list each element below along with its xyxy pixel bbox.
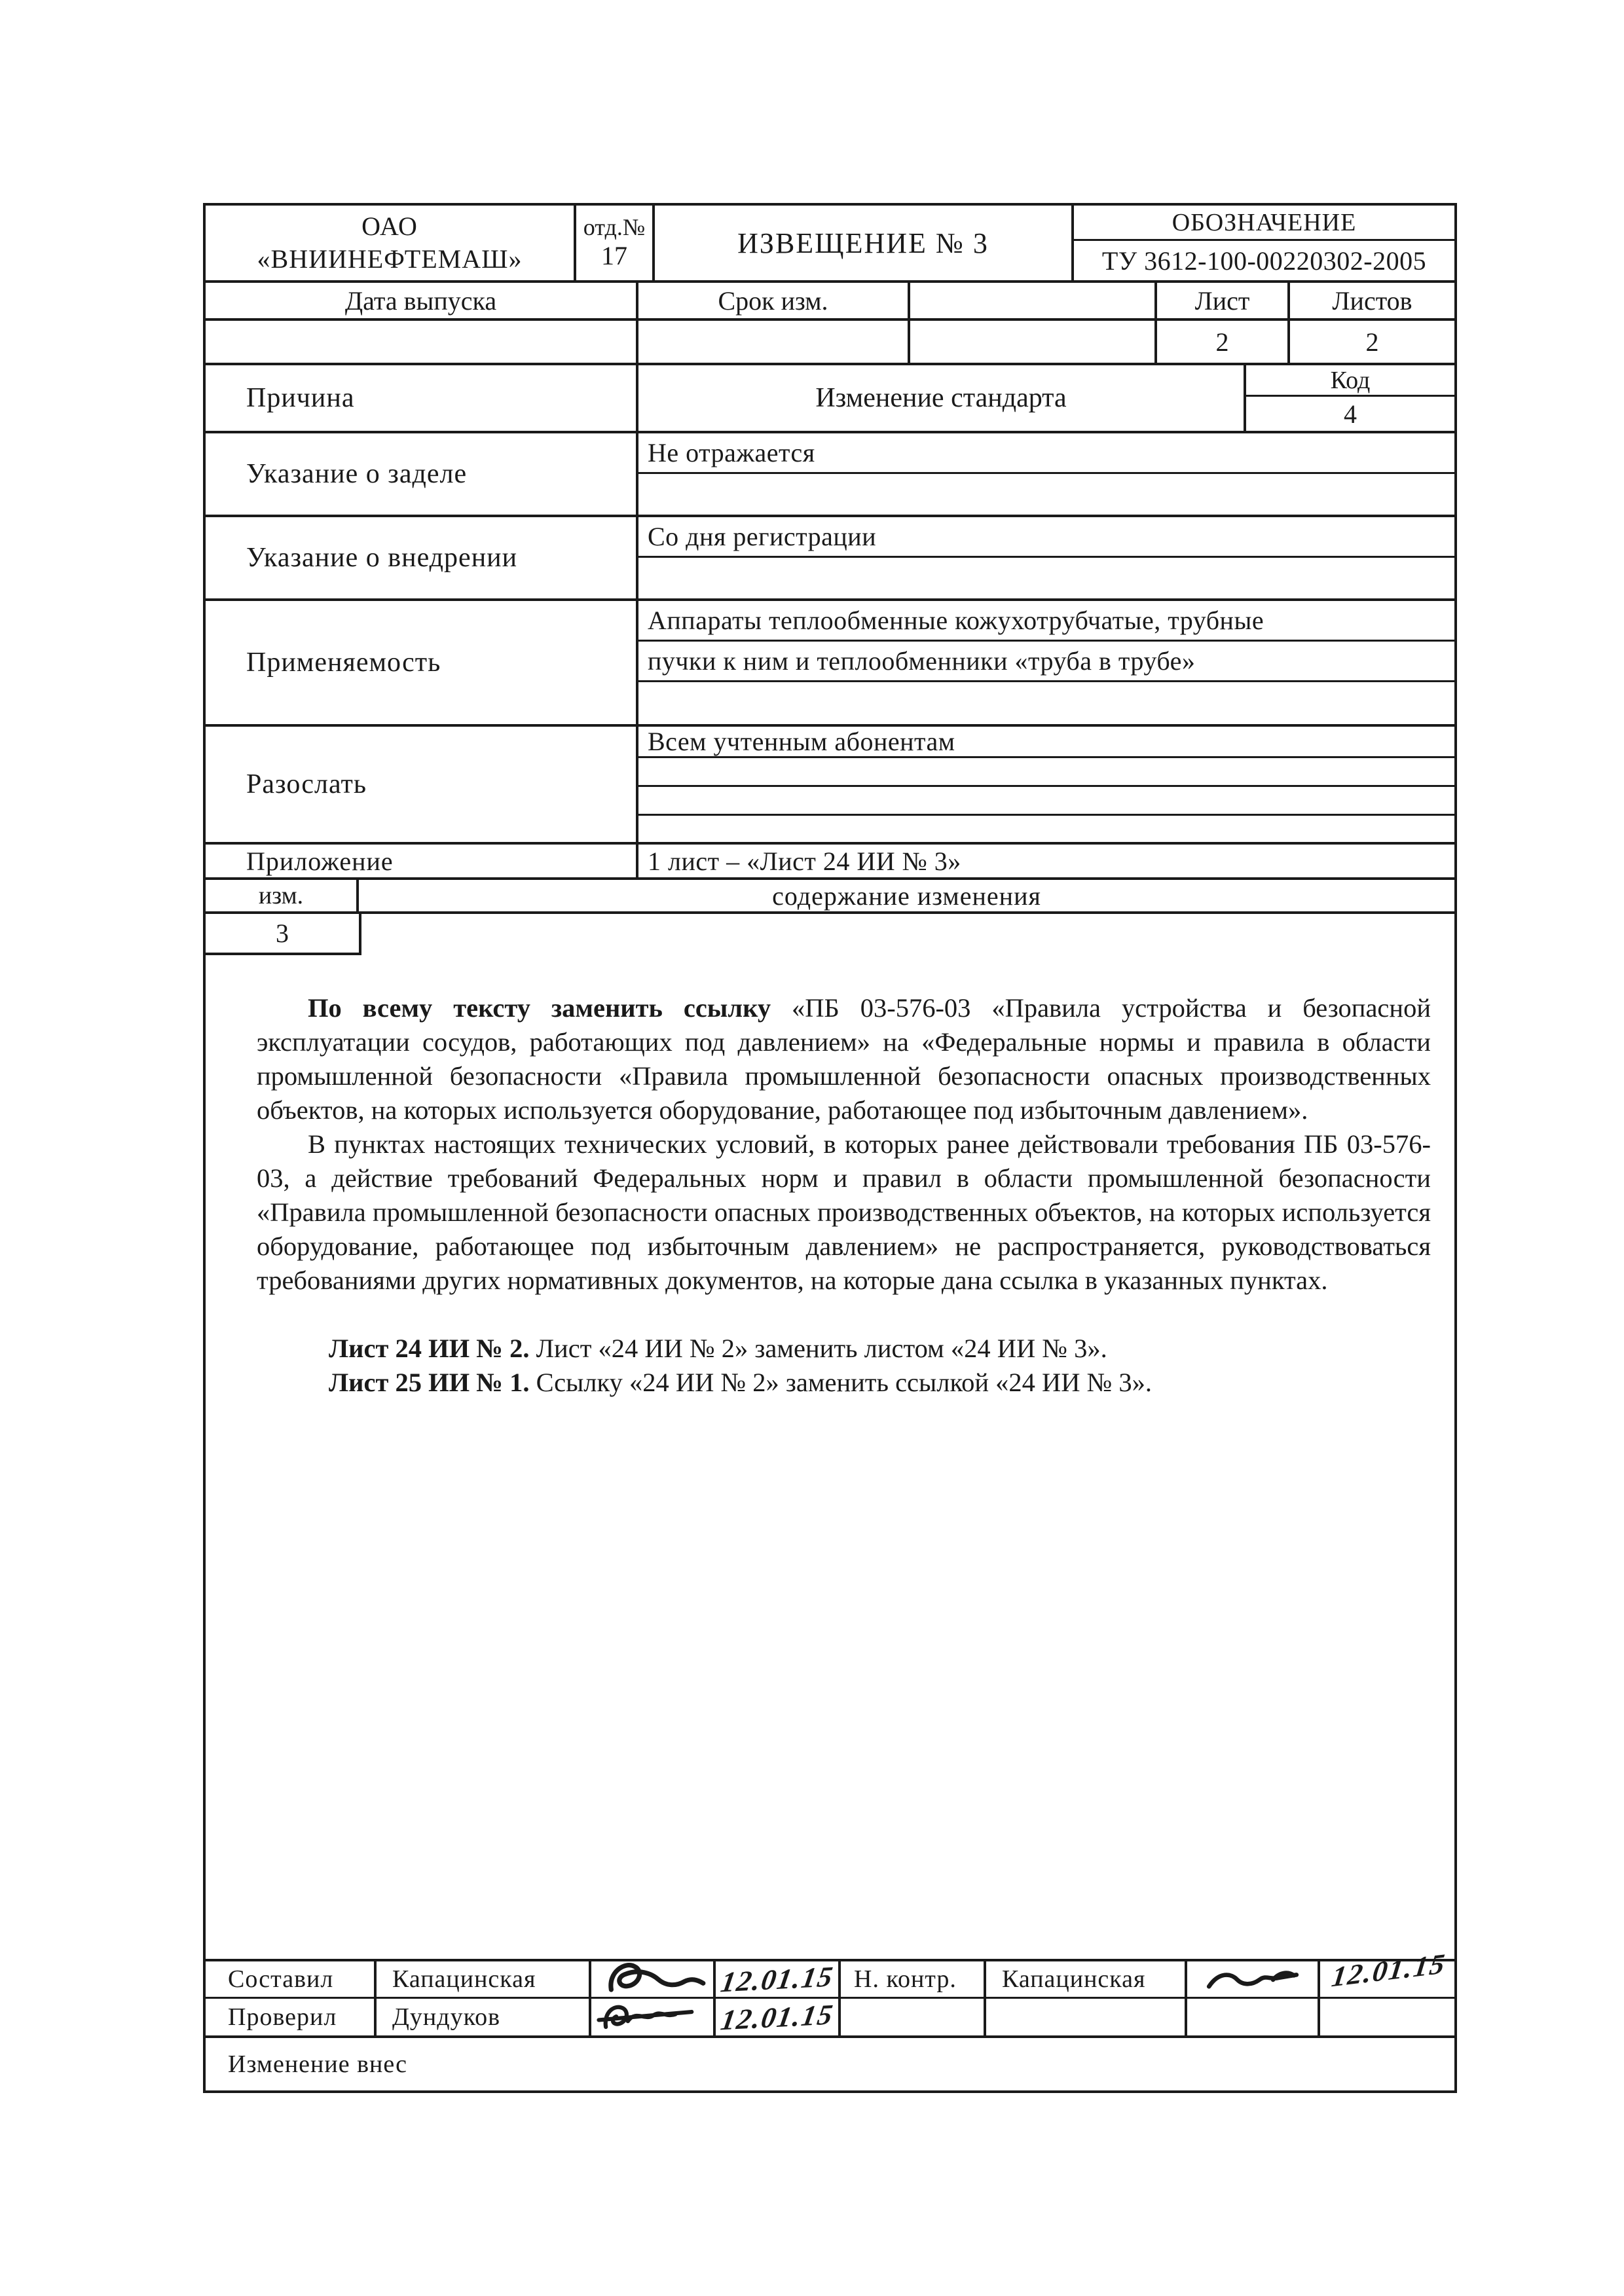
backlog-label: Указание о заделе xyxy=(206,433,638,515)
backlog-row: Указание о заделе Не отражается xyxy=(206,433,1454,517)
distribute-label: Разослать xyxy=(206,727,638,842)
organization-cell: ОАО «ВНИИНЕФТЕМАШ» xyxy=(206,206,576,280)
document-frame: ОАО «ВНИИНЕФТЕМАШ» отд.№ 17 ИЗВЕЩЕНИЕ № … xyxy=(203,203,1457,2093)
ncontrol-date: 12.01.15 xyxy=(1329,1946,1447,1993)
sheet-item-2-lead: Лист 25 ИИ № 1. xyxy=(329,1368,529,1397)
signoff-row-composed: Составил Капацинская 12.01.15 Н. контр. … xyxy=(206,1961,1454,1999)
change-description: По всему тексту заменить ссылку «ПБ 03-5… xyxy=(206,955,1454,1400)
issue-date-value xyxy=(206,321,638,363)
implementation-row: Указание о внедрении Со дня регистрации xyxy=(206,517,1454,601)
distribute-value-cell: Всем учтенным абонентам xyxy=(638,727,1454,842)
sheet-item-1-rest: Лист «24 ИИ № 2» заменить листом «24 ИИ … xyxy=(529,1334,1107,1363)
blank-line xyxy=(638,787,1454,816)
applicability-label: Применяемость xyxy=(206,601,638,724)
department-label: отд.№ xyxy=(583,215,645,241)
sheets-label: Листов xyxy=(1290,283,1454,318)
izm-number: 3 xyxy=(276,918,289,949)
checked-signature xyxy=(591,1999,716,2035)
empty-cell xyxy=(910,321,1157,363)
notice-title: ИЗВЕЩЕНИЕ № 3 xyxy=(655,206,1074,280)
term-label: Срок изм. xyxy=(638,283,910,318)
ncontrol-label: Н. контр. xyxy=(841,1961,986,1997)
implementation-value: Со дня регистрации xyxy=(638,517,1454,558)
signoff-row-change-made: Изменение внес xyxy=(206,2038,1454,2090)
blank-line xyxy=(638,682,1454,724)
header-row: ОАО «ВНИИНЕФТЕМАШ» отд.№ 17 ИЗВЕЩЕНИЕ № … xyxy=(206,206,1454,283)
composed-name: Капацинская xyxy=(377,1961,591,1997)
designation-cell: ОБОЗНАЧЕНИЕ ТУ 3612-100-00220302-2005 xyxy=(1074,206,1454,280)
paragraph-2: В пунктах настоящих технических условий,… xyxy=(257,1127,1431,1298)
reason-label: Причина xyxy=(206,365,638,431)
sheets-value: 2 xyxy=(1290,321,1454,363)
designation-value: ТУ 3612-100-00220302-2005 xyxy=(1074,241,1454,280)
signoff-row-checked: Проверил Дундуков 12.01.15 xyxy=(206,1999,1454,2038)
ncontrol-date-cell: 12.01.15 xyxy=(1320,1961,1454,1997)
empty-cell xyxy=(986,1999,1187,2035)
term-value xyxy=(638,321,910,363)
empty-cell xyxy=(910,283,1157,318)
blank-line xyxy=(638,758,1454,787)
izm-label: изм. xyxy=(206,880,359,911)
designation-label: ОБОЗНАЧЕНИЕ xyxy=(1074,206,1454,241)
applicability-value-cell: Аппараты теплообменные кожухотрубчатые, … xyxy=(638,601,1454,724)
sheet-item-1-lead: Лист 24 ИИ № 2. xyxy=(329,1334,529,1363)
ncontrol-signature xyxy=(1187,1961,1320,1997)
blank-line xyxy=(638,816,1454,842)
composed-date-cell: 12.01.15 xyxy=(716,1961,841,1997)
reason-row: Причина Изменение стандарта Код 4 xyxy=(206,365,1454,433)
date-values-row: 2 2 xyxy=(206,321,1454,365)
checked-date-cell: 12.01.15 xyxy=(716,1999,841,2035)
reason-value: Изменение стандарта xyxy=(638,365,1246,431)
signature-ncontrol xyxy=(1200,1960,1305,1998)
backlog-value: Не отражается xyxy=(638,433,1454,474)
blank-line xyxy=(638,558,1454,598)
sheet-item-1: Лист 24 ИИ № 2. Лист «24 ИИ № 2» заменит… xyxy=(257,1332,1431,1366)
distribute-value: Всем учтенным абонентам xyxy=(638,727,1454,758)
change-content-label: содержание изменения xyxy=(359,880,1454,911)
signature-composed xyxy=(597,1955,708,2003)
implementation-label: Указание о внедрении xyxy=(206,517,638,598)
composed-date: 12.01.15 xyxy=(718,1959,836,1999)
blank-line xyxy=(638,474,1454,515)
checked-name: Дундуков xyxy=(377,1999,591,2035)
distribute-row: Разослать Всем учтенным абонентам xyxy=(206,727,1454,845)
implementation-value-cell: Со дня регистрации xyxy=(638,517,1454,598)
izm-number-box: 3 xyxy=(206,914,361,955)
sheet-label: Лист xyxy=(1157,283,1290,318)
code-value: 4 xyxy=(1246,397,1454,431)
composed-label: Составил xyxy=(206,1961,377,1997)
signature-checked xyxy=(593,1997,711,2037)
attachment-label: Приложение xyxy=(206,845,638,877)
sheet-item-2-rest: Ссылку «24 ИИ № 2» заменить ссылкой «24 … xyxy=(529,1368,1152,1397)
department-cell: отд.№ 17 xyxy=(576,206,655,280)
sheet-item-2: Лист 25 ИИ № 1. Ссылку «24 ИИ № 2» замен… xyxy=(257,1366,1431,1400)
org-name-line1: ОАО xyxy=(361,210,418,243)
org-name-line2: «ВНИИНЕФТЕМАШ» xyxy=(257,243,523,276)
change-header-row: изм. содержание изменения xyxy=(206,880,1454,914)
code-cell: Код 4 xyxy=(1246,365,1454,431)
signoff-table: Составил Капацинская 12.01.15 Н. контр. … xyxy=(206,1959,1454,2090)
paragraph-1: По всему тексту заменить ссылку «ПБ 03-5… xyxy=(257,991,1431,1127)
scanned-notice-document: ОАО «ВНИИНЕФТЕМАШ» отд.№ 17 ИЗВЕЩЕНИЕ № … xyxy=(0,0,1624,2296)
code-label: Код xyxy=(1246,365,1454,397)
issue-date-label: Дата выпуска xyxy=(206,283,638,318)
ncontrol-name: Капацинская xyxy=(986,1961,1187,1997)
sheet-value: 2 xyxy=(1157,321,1290,363)
attachment-value: 1 лист – «Лист 24 ИИ № 3» xyxy=(638,845,1454,877)
change-made-label: Изменение внес xyxy=(206,2038,1454,2090)
empty-cell xyxy=(1187,1999,1320,2035)
applicability-line1: Аппараты теплообменные кожухотрубчатые, … xyxy=(638,601,1454,642)
date-row: Дата выпуска Срок изм. Лист Листов xyxy=(206,283,1454,321)
empty-cell xyxy=(1320,1999,1454,2035)
paragraph-1-lead: По всему тексту заменить ссылку xyxy=(308,993,771,1023)
checked-label: Проверил xyxy=(206,1999,377,2035)
composed-signature xyxy=(591,1961,716,1997)
checked-date: 12.01.15 xyxy=(718,1997,836,2037)
applicability-row: Применяемость Аппараты теплообменные кож… xyxy=(206,601,1454,727)
empty-cell xyxy=(841,1999,986,2035)
applicability-line2: пучки к ним и теплообменники «труба в тр… xyxy=(638,642,1454,682)
sheet-change-items: Лист 24 ИИ № 2. Лист «24 ИИ № 2» заменит… xyxy=(257,1332,1431,1400)
attachment-row: Приложение 1 лист – «Лист 24 ИИ № 3» xyxy=(206,845,1454,880)
backlog-value-cell: Не отражается xyxy=(638,433,1454,515)
department-number: 17 xyxy=(601,240,627,271)
